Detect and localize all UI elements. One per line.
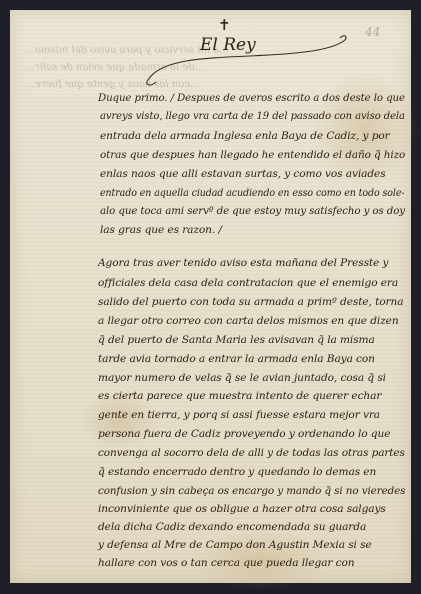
text-line: persona fuera de Cadiz proveyendo y orde… bbox=[98, 428, 390, 440]
text-line: entrado en aquella ciudad acudiendo en e… bbox=[100, 187, 404, 199]
text-line: salido del puerto con toda su armada a p… bbox=[98, 296, 403, 308]
text-line: dela dicha Cadiz dexando encomendada su … bbox=[98, 521, 366, 533]
text-line: avreys visto, llego vra carta de 19 del … bbox=[100, 110, 405, 122]
text-line: q̃ del puerto de Santa Maria les avisava… bbox=[98, 334, 375, 346]
text-line: las gras que es razon. / bbox=[100, 224, 222, 236]
text-line: inconviniente que os obligue a hazer otr… bbox=[98, 503, 386, 515]
text-line: mayor numero de velas q̃ se le avian jun… bbox=[98, 372, 386, 384]
text-line: Duque primo. / Despues de averos escrito… bbox=[98, 92, 405, 104]
text-line: gente en tierra, y porq si assi fuesse e… bbox=[98, 409, 380, 421]
text-line: a llegar otro correo con carta delos mis… bbox=[98, 315, 399, 327]
text-line: confusion y sin cabeça os encargo y mand… bbox=[98, 485, 405, 497]
text-line: es cierta parece que muestra intento de … bbox=[98, 390, 381, 402]
text-line: enlas naos que alli estavan surtas, y co… bbox=[100, 168, 386, 180]
text-line: Agora tras aver tenido aviso esta mañana… bbox=[98, 257, 388, 269]
text-line: otras que despues han llegado he entendi… bbox=[100, 149, 405, 161]
text-line: tarde avia tornado a entrar la armada en… bbox=[98, 353, 375, 365]
text-line: entrada dela armada Inglesa enla Baya de… bbox=[100, 130, 390, 142]
text-line: alo que toca ami servº de que estoy muy … bbox=[100, 205, 405, 217]
text-line: hallare con vos o tan cerca que pueda ll… bbox=[98, 557, 354, 569]
text-line: officiales dela casa dela contratacion q… bbox=[98, 277, 398, 289]
document-heading: El Rey bbox=[200, 35, 256, 55]
text-line: q̃ estando encerrado dentro y quedando l… bbox=[98, 466, 376, 478]
folio-number: 44 bbox=[365, 25, 380, 39]
text-line: y defensa al Mre de Campo don Agustin Me… bbox=[98, 539, 372, 551]
text-line: convenga al socorro dela de alli y de to… bbox=[98, 447, 405, 459]
